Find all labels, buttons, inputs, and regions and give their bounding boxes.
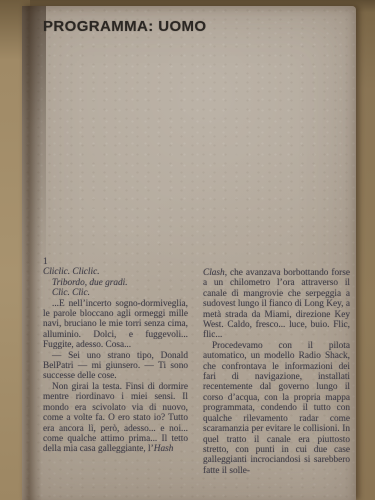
paragraph: — Sei uno strano tipo, Donald BelPatri —… xyxy=(43,351,188,382)
right-column: Clash, che avanzava borbottando forse a … xyxy=(203,257,350,476)
paragraph-text: , che avanzava borbottando forse a un ch… xyxy=(203,268,350,340)
left-column: 1 Cliclic. Cliclic. Tribordo, due gradi.… xyxy=(43,257,188,476)
text-block: 1 Cliclic. Cliclic. Tribordo, due gradi.… xyxy=(43,257,350,476)
boat-name-part-2: Clash xyxy=(203,268,225,278)
book-page-photo: PROGRAMMA: UOMO 1 Cliclic. Cliclic. Trib… xyxy=(0,0,375,500)
paragraph: Procedevamo con il pilota automatico, un… xyxy=(203,341,350,476)
paragraph: Non girai la testa. Finsi di dormire men… xyxy=(43,382,188,455)
book-page: PROGRAMMA: UOMO 1 Cliclic. Cliclic. Trib… xyxy=(22,6,356,500)
chapter-number: 1 xyxy=(43,257,188,267)
sound-line: Cliclic. Cliclic. xyxy=(43,267,188,277)
spine-shadow-top xyxy=(22,6,46,278)
boat-name-part-1: Hash xyxy=(154,444,174,454)
paragraph: Clash, che avanzava borbottando forse a … xyxy=(203,268,350,341)
sound-line: Clic. Clic. xyxy=(43,288,188,298)
sound-line: Tribordo, due gradi. xyxy=(43,278,188,288)
chapter-title: PROGRAMMA: UOMO xyxy=(43,18,207,35)
paragraph: ...E nell’incerto sogno-dormiveglia, le … xyxy=(43,299,188,351)
